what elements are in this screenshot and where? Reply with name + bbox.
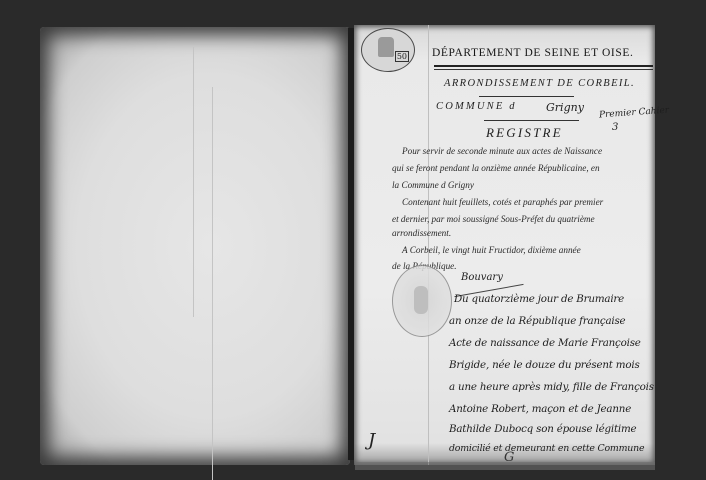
fold-line bbox=[193, 47, 194, 317]
act-line: domicilié et demeurant en cette Commune bbox=[449, 443, 644, 454]
commune-value: Grigny bbox=[546, 101, 584, 114]
register-title: REGISTRE bbox=[486, 125, 563, 141]
arrondissement-heading: ARRONDISSEMENT DE CORBEIL. bbox=[444, 78, 635, 89]
preamble-line: Contenant huit feuillets, cotés et parap… bbox=[402, 197, 603, 207]
stamp-number: 50 bbox=[395, 51, 409, 62]
side-mark: 3 bbox=[612, 122, 618, 133]
act-line: Du quatorzième jour de Brumaire bbox=[454, 293, 624, 305]
page-edge-shadow bbox=[355, 462, 655, 470]
preamble-line: la Commune d Grigny bbox=[392, 180, 474, 190]
right-page: 50 DÉPARTEMENT DE SEINE ET OISE. ARRONDI… bbox=[354, 25, 655, 465]
margin-mark: J bbox=[368, 430, 375, 451]
heading-rule bbox=[434, 65, 653, 70]
commune-label: COMMUNE d bbox=[436, 101, 517, 112]
act-line: an onze de la République française bbox=[449, 315, 625, 327]
preamble-line: et dernier, par moi soussigné Sous-Préfe… bbox=[392, 214, 595, 224]
preamble-line: Pour servir de seconde minute aux actes … bbox=[402, 146, 602, 156]
act-line: Acte de naissance de Marie Françoise bbox=[449, 337, 641, 349]
heading-rule-short bbox=[479, 96, 574, 97]
left-page-blank bbox=[40, 27, 350, 465]
act-line: Antoine Robert, maçon et de Jeanne bbox=[449, 403, 631, 415]
act-line: Brigide, née le douze du présent mois bbox=[449, 359, 640, 371]
tax-stamp-icon: 50 bbox=[361, 28, 415, 72]
side-note: Premier Cahier bbox=[599, 106, 670, 121]
preamble-line: A Corbeil, le vingt huit Fructidor, dixi… bbox=[402, 245, 581, 255]
preamble-line: arrondissement. bbox=[392, 228, 451, 238]
commune-rule bbox=[484, 120, 579, 121]
seal-figure-icon bbox=[414, 286, 428, 314]
signature: Bouvary bbox=[461, 272, 503, 283]
seal-stamp-icon bbox=[392, 265, 452, 337]
act-line: Bathilde Dubocq son épouse légitime bbox=[449, 423, 636, 435]
department-heading: DÉPARTEMENT DE SEINE ET OISE. bbox=[432, 47, 633, 59]
fold-line bbox=[212, 87, 213, 480]
preamble-line: qui se feront pendant la onzième année R… bbox=[392, 163, 600, 173]
stamp-figure-icon bbox=[378, 37, 394, 57]
act-line: a une heure après midy, fille de Françoi… bbox=[449, 381, 654, 393]
document-viewer: 50 DÉPARTEMENT DE SEINE ET OISE. ARRONDI… bbox=[0, 0, 706, 480]
